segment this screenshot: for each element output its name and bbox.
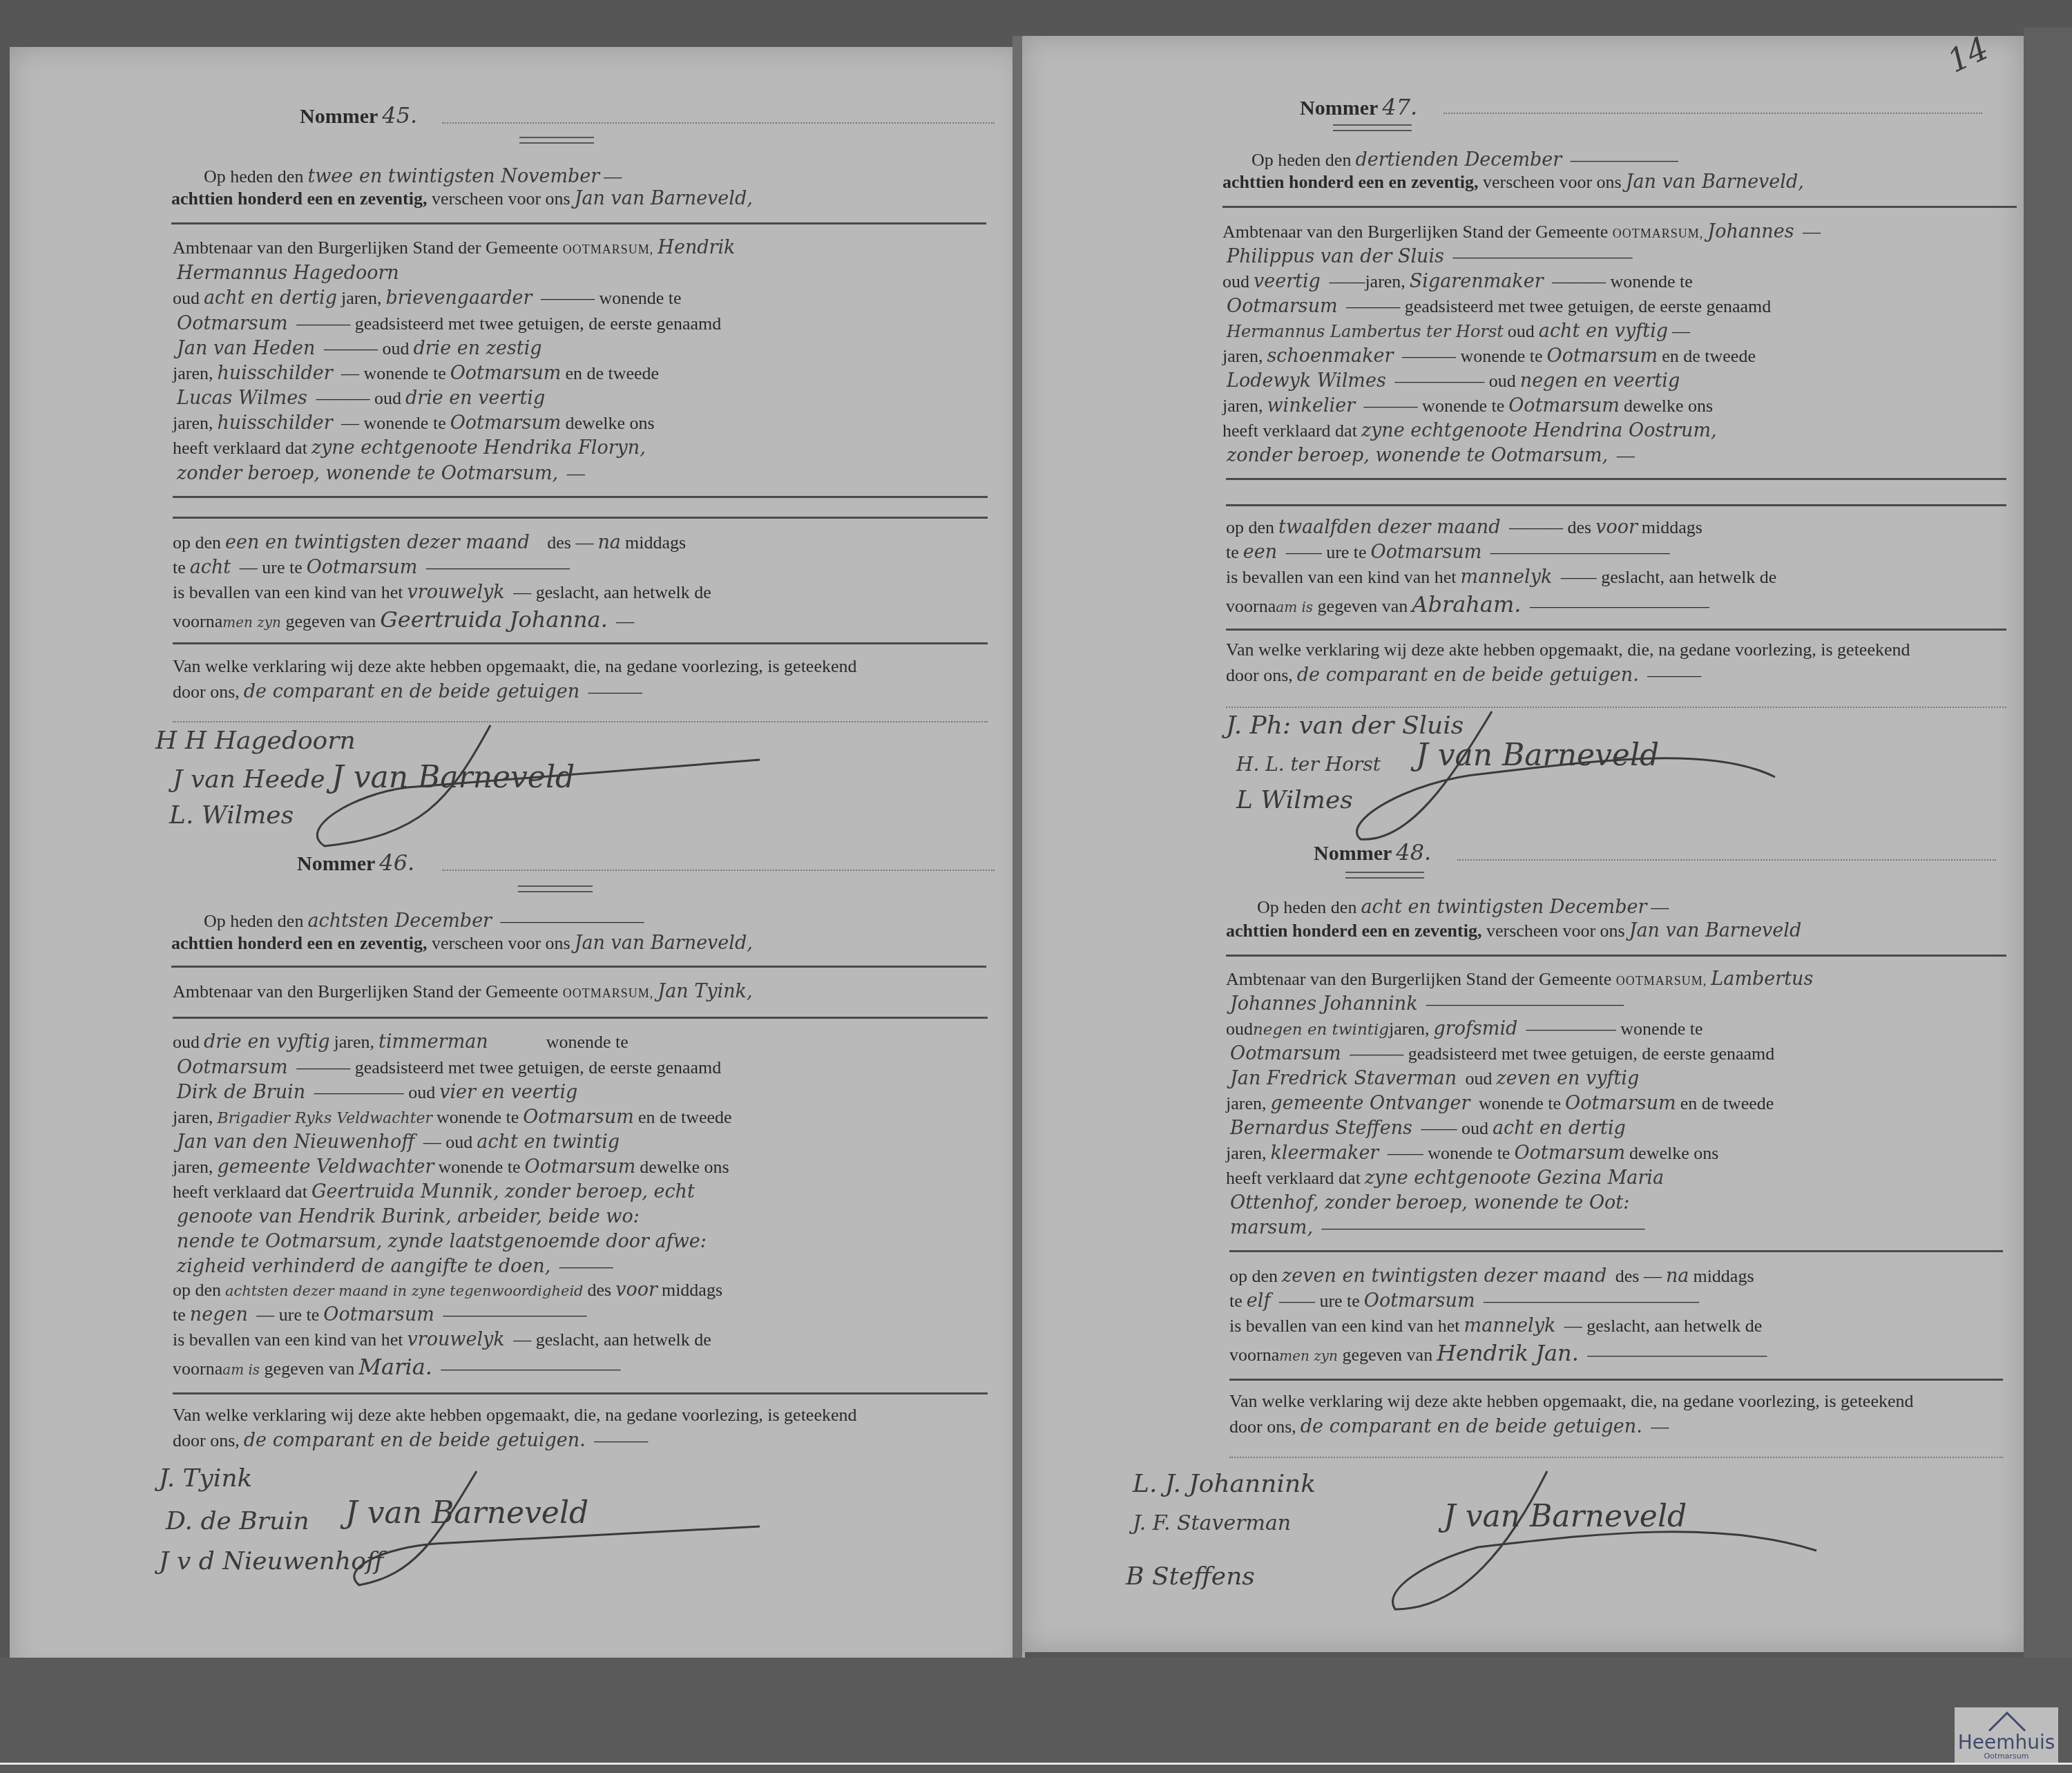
official-line: Ambtenaar van den Burgerlijken Stand der… <box>173 237 739 258</box>
mother-line: heeft verklaard datGeertruida Munnik, zo… <box>173 1181 699 1202</box>
child-sex-line: is bevallen van een kind van hetvrouwely… <box>173 1329 711 1350</box>
mother-line: heeft verklaard datzyne echtgenoote Hend… <box>1222 420 1721 441</box>
rule <box>1226 504 2006 506</box>
rule <box>173 496 988 498</box>
rule <box>173 517 988 519</box>
separator-rule <box>519 137 594 144</box>
separator-rule <box>1333 124 1412 131</box>
declarant-residence-line: Ootmarsum ——— geadsisteerd met twee getu… <box>173 313 721 334</box>
closing-line: Van welke verklaring wij deze akte hebbe… <box>173 656 857 677</box>
scan-edge-line <box>0 1763 2072 1765</box>
rule <box>173 642 988 644</box>
closing-line: Van welke verklaring wij deze akte hebbe… <box>173 1405 857 1426</box>
dotted-line <box>1229 1456 2003 1458</box>
witness2-occupation-line: jaren,winkelier ——— wonende teOotmarsumd… <box>1222 395 1713 416</box>
year-line: achttien honderd een en zeventig, versch… <box>171 188 757 209</box>
child-name-line: voornamen zyn gegeven vanGeertruida Joha… <box>173 606 634 633</box>
birth-date-line: op denzeven en twintigsten dezer maand d… <box>1229 1265 1754 1287</box>
rule <box>1226 955 2006 957</box>
signature-flourish <box>297 1464 767 1589</box>
dotted-line <box>1457 859 1996 861</box>
birth-hour-line: teelf —— ure teOotmarsum ———————————— <box>1229 1290 1699 1312</box>
child-sex-line: is bevallen van een kind van hetmannelyk… <box>1229 1315 1762 1336</box>
record-number: Nommer45. <box>300 102 421 128</box>
declarant-name: Johannes Johannink ——————————— <box>1226 993 1624 1015</box>
record-number: Nommer46. <box>297 850 419 876</box>
date-line: Op heden denacht en twintigsten December… <box>1257 897 1669 918</box>
witness1-occupation-line: jaren,huisschilder — wonende teOotmarsum… <box>173 363 659 384</box>
signature-witness1: D. de Bruin <box>166 1507 309 1535</box>
witness2-occupation-line: jaren,gemeente Veldwachterwonende teOotm… <box>173 1156 729 1178</box>
child-name-line: voornaam is gegeven vanAbraham. ————————… <box>1226 591 1709 617</box>
witness1-line: Hermannus Lambertus ter Horstoudacht en … <box>1222 320 1690 342</box>
separator-rule <box>1345 872 1424 879</box>
separator-rule <box>518 885 593 892</box>
house-roof-icon <box>1986 1710 2028 1732</box>
birth-date-line: op deneen en twintigsten dezer maand des… <box>173 532 686 553</box>
witness1-line: Jan Fredrick Staverman oudzeven en vyfti… <box>1226 1068 1643 1089</box>
scan-background-bottom <box>0 1658 2072 1773</box>
birth-date-line: op denachtsten dezer maand in zyne tegen… <box>173 1279 722 1301</box>
signature-flourish <box>1374 1464 1823 1616</box>
rule <box>1226 478 2006 480</box>
signature-witness1: J. F. Staverman <box>1133 1511 1291 1535</box>
date-line: Op heden denachtsten December ———————— <box>204 910 644 932</box>
mother-line-2: genoote van Hendrik Burink, arbeider, be… <box>173 1206 644 1227</box>
rule <box>1229 1379 2003 1381</box>
dotted-line <box>442 869 995 871</box>
declarant-age-line: oudacht en dertigjaren,brievengaarder ——… <box>173 287 682 309</box>
signature-flourish <box>1326 705 1782 843</box>
witness2-line: Lodewyk Wilmes ————— oudnegen en veertig <box>1222 370 1684 392</box>
witness1-line: Dirk de Bruin ————— oudvier en veertig <box>173 1082 582 1103</box>
official-line: Ambtenaar van den Burgerlijken Stand der… <box>173 981 756 1002</box>
heemhuis-logo: Heemhuis Ootmarsum <box>1955 1707 2058 1763</box>
declarant-age-line: oudveertig ——jaren,Sigarenmaker ——— wone… <box>1222 271 1693 292</box>
witness2-line: Bernardus Steffens —— oudacht en dertig <box>1226 1118 1630 1139</box>
rule <box>1226 629 2006 631</box>
birth-hour-line: teeen —— ure teOotmarsum —————————— <box>1226 542 1670 563</box>
closing-line: Van welke verklaring wij deze akte hebbe… <box>1226 640 1910 660</box>
signed-by-line: door ons,de comparant en de beide getuig… <box>173 681 642 702</box>
child-name-line: voornaam is gegeven vanMaria. —————————— <box>173 1354 620 1380</box>
rule <box>173 1392 988 1395</box>
rule <box>173 1017 988 1019</box>
declarant-residence-line: Ootmarsum ——— geadsisteerd met twee getu… <box>1222 296 1771 317</box>
signature-flourish <box>283 718 767 856</box>
child-name-line: voornamen zyn gegeven vanHendrik Jan. ——… <box>1229 1340 1767 1366</box>
birth-date-line: op dentwaalfden dezer maand ——— desvoorm… <box>1226 517 1702 538</box>
rule <box>171 966 986 968</box>
mother-line-2: zonder beroep, wonende te Ootmarsum, — <box>173 463 585 484</box>
child-sex-line: is bevallen van een kind van hetvrouwely… <box>173 582 711 603</box>
mother-line-2: zonder beroep, wonende te Ootmarsum, — <box>1222 445 1635 466</box>
signature-witness2: B Steffens <box>1126 1562 1255 1591</box>
rule <box>171 222 986 224</box>
mother-line-3: nende te Ootmarsum, zynde laatstgenoemde… <box>173 1231 711 1252</box>
year-line: achttien honderd een en zeventig, versch… <box>1226 920 1805 941</box>
mother-line: heeft verklaard datzyne echtgenoote Gezi… <box>1226 1167 1668 1189</box>
declarant-age-line: ouddrie en vyftigjaren,timmerman wonende… <box>173 1031 629 1053</box>
record-number: Nommer48. <box>1314 839 1435 865</box>
dotted-line <box>1443 112 1982 114</box>
mother-line: heeft verklaard datzyne echtgenoote Hend… <box>173 437 650 459</box>
declarant-name: Philippus van der Sluis —————————— <box>1222 246 1632 267</box>
date-line: Op heden dendertienden December —————— <box>1251 149 1678 171</box>
year-line: achttien honderd een en zeventig, versch… <box>1222 171 1808 193</box>
logo-name: Heemhuis <box>1955 1731 2058 1754</box>
declarant-residence-line: Ootmarsum ——— geadsisteerd met twee getu… <box>1226 1043 1774 1064</box>
dotted-line <box>442 122 995 124</box>
rule <box>1229 1250 2003 1252</box>
witness1-occupation-line: jaren,gemeente Ontvanger wonende teOotma… <box>1226 1093 1774 1114</box>
closing-line: Van welke verklaring wij deze akte hebbe… <box>1229 1391 1914 1412</box>
record-number: Nommer47. <box>1300 94 1421 120</box>
mother-line-4: zigheid verhinderd de aangifte te doen, … <box>173 1256 613 1277</box>
birth-hour-line: tenegen — ure teOotmarsum ———————— <box>173 1304 586 1325</box>
declarant-age-line: oudnegen en twintigjaren,grofsmid ————— … <box>1226 1018 1702 1039</box>
declarant-name: Hermannus Hagedoorn <box>173 262 403 284</box>
mother-line-2: Ottenhof, zonder beroep, wonende te Oot: <box>1226 1192 1633 1214</box>
signed-by-line: door ons,de comparant en de beide getuig… <box>1226 664 1701 686</box>
witness1-line: Jan van Heden ——— ouddrie en zestig <box>173 338 546 359</box>
witness1-occupation-line: jaren,schoenmaker ——— wonende teOotmarsu… <box>1222 345 1756 367</box>
official-line: Ambtenaar van den Burgerlijken Stand der… <box>1226 968 1817 990</box>
child-sex-line: is bevallen van een kind van hetmannelyk… <box>1226 566 1776 588</box>
witness1-occupation-line: jaren,Brigadier Ryks Veldwachterwonende … <box>173 1106 732 1128</box>
mother-line-3: marsum, —————————————————— <box>1226 1217 1645 1238</box>
signed-by-line: door ons,de comparant en de beide getuig… <box>1229 1416 1669 1437</box>
year-line: achttien honderd een en zeventig, versch… <box>171 932 757 954</box>
signed-by-line: door ons,de comparant en de beide getuig… <box>173 1430 648 1451</box>
signature-witness2: L. Wilmes <box>169 801 294 830</box>
official-line: Ambtenaar van den Burgerlijken Stand der… <box>1222 221 1821 242</box>
logo-subtitle: Ootmarsum <box>1955 1752 2058 1761</box>
date-line: Op heden dentwee en twintigsten November… <box>204 166 622 187</box>
book-spine <box>1013 36 1022 1680</box>
declarant-residence-line: Ootmarsum ——— geadsisteerd met twee getu… <box>173 1057 721 1078</box>
rule <box>1222 206 2017 208</box>
witness2-occupation-line: jaren,kleermaker —— wonende teOotmarsumd… <box>1226 1142 1718 1164</box>
witness2-line: Jan van den Nieuwenhoff — oudacht en twi… <box>173 1131 624 1153</box>
signature-declarant: L. J. Johannink <box>1133 1470 1316 1498</box>
witness2-occupation-line: jaren,huisschilder — wonende teOotmarsum… <box>173 412 655 434</box>
witness2-line: Lucas Wilmes ——— ouddrie en veertig <box>173 387 549 409</box>
scan-background-right <box>2024 28 2072 1671</box>
signature-declarant: J. Tyink <box>159 1464 252 1493</box>
birth-hour-line: teacht — ure teOotmarsum ———————— <box>173 557 570 578</box>
